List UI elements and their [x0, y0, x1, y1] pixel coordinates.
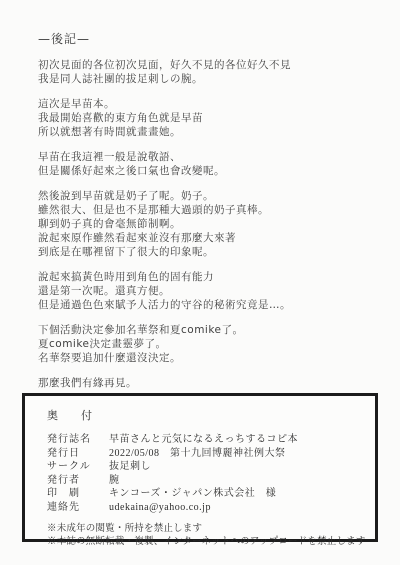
- afterword-line: 然後說到早苗就是奶子了呢。奶子。: [38, 189, 380, 203]
- colophon-label: 印 刷: [47, 487, 109, 501]
- colophon-note: ※未成年の閲覧・所持を禁止します: [47, 523, 363, 536]
- afterword-paragraph: 早苗在我這裡一般是說敬語、 但是關係好起來之後口氣也會改變呢。: [38, 150, 380, 178]
- afterword-line: 早苗在我這裡一般是說敬語、: [38, 150, 380, 164]
- afterword-line: 所以就想著有時間就畫畫她。: [38, 125, 380, 139]
- afterword-line: 但是關係好起來之後口氣也會改變呢。: [38, 164, 380, 178]
- colophon-label: 発行日: [47, 447, 109, 461]
- colophon-value: 早苗さんと元気になるえっちするコピ本: [109, 433, 298, 447]
- colophon-value: 2022/05/08 第十九回博麗神社例大祭: [109, 447, 286, 461]
- afterword-paragraph: 下個活動決定參加名華祭和夏comike了。 夏comike決定畫靈夢了。 名華祭…: [38, 323, 380, 365]
- colophon-label: 発行者: [47, 474, 109, 488]
- afterword-line: 說起來原作雖然看起來並沒有那麼大來著: [38, 231, 380, 245]
- afterword-paragraph: 初次見面的各位初次見面，好久不見的各位好久不見 我是同人誌社團的拔足刺しの腕。: [38, 58, 380, 86]
- colophon-note: ※本誌の無断転載・複製、インターネットへのアップロードを禁止します: [47, 536, 363, 549]
- afterword-paragraph: 這次是早苗本。 我最開始喜歡的東方角色就是早苗 所以就想著有時間就畫畫她。: [38, 97, 380, 139]
- afterword-line: 下個活動決定參加名華祭和夏comike了。: [38, 323, 380, 337]
- afterword-paragraph: 然後說到早苗就是奶子了呢。奶子。 雖然很大、但是也不是那種大過頭的奶子真棒。 聊…: [38, 189, 380, 259]
- colophon-label: 連絡先: [47, 501, 109, 515]
- afterword-line: 到底是在哪裡留下了很大的印象呢。: [38, 245, 380, 259]
- afterword-paragraph: 說起來搞黃色時用到角色的固有能力 還是第一次呢。還真方便。 但是通過色色來賦予人…: [38, 270, 380, 312]
- colophon-value: 腕: [109, 474, 120, 488]
- colophon-contact-email: udekaina@yahoo.co.jp: [109, 501, 211, 515]
- colophon-label: 発行誌名: [47, 433, 109, 447]
- afterword-line: 初次見面的各位初次見面，好久不見的各位好久不見: [38, 58, 380, 72]
- afterword-line: 聊到奶子真的會毫無節制啊。: [38, 217, 380, 231]
- afterword-line: 我是同人誌社團的拔足刺しの腕。: [38, 72, 380, 86]
- colophon-row-publisher: 発行者 腕: [47, 474, 363, 488]
- afterword-paragraph: 那麼我們有緣再見。: [38, 376, 380, 390]
- afterword-line: 還是第一次呢。還真方便。: [38, 284, 380, 298]
- afterword-line: 說起來搞黃色時用到角色的固有能力: [38, 270, 380, 284]
- colophon-value: キンコーズ・ジャパン株式会社 様: [109, 487, 276, 501]
- afterword-line: 那麼我們有緣再見。: [38, 376, 380, 390]
- afterword-line: 雖然很大、但是也不是那種大過頭的奶子真棒。: [38, 203, 380, 217]
- colophon-row-circle: サークル 抜足刺し: [47, 460, 363, 474]
- afterword-page: —後記— 初次見面的各位初次見面，好久不見的各位好久不見 我是同人誌社團的拔足刺…: [0, 0, 400, 565]
- colophon-row-contact: 連絡先 udekaina@yahoo.co.jp: [47, 501, 363, 515]
- colophon-row-title: 発行誌名 早苗さんと元気になるえっちするコピ本: [47, 433, 363, 447]
- afterword-heading: —後記—: [38, 30, 380, 47]
- afterword-line: 這次是早苗本。: [38, 97, 380, 111]
- colophon-value: 抜足刺し: [109, 460, 151, 474]
- colophon-box: 奥 付 発行誌名 早苗さんと元気になるえっちするコピ本 発行日 2022/05/…: [22, 393, 378, 542]
- afterword-line: 名華祭要追加什麼還沒決定。: [38, 351, 380, 365]
- colophon-row-date: 発行日 2022/05/08 第十九回博麗神社例大祭: [47, 447, 363, 461]
- afterword-line: 夏comike決定畫靈夢了。: [38, 337, 380, 351]
- afterword-line: 但是通過色色來賦予人活力的守谷的秘術究竟是…。: [38, 298, 380, 312]
- colophon-heading: 奥 付: [47, 407, 363, 423]
- colophon-row-printer: 印 刷 キンコーズ・ジャパン株式会社 様: [47, 487, 363, 501]
- colophon-notes: ※未成年の閲覧・所持を禁止します ※本誌の無断転載・複製、インターネットへのアッ…: [47, 523, 363, 549]
- colophon-label: サークル: [47, 460, 109, 474]
- afterword-line: 我最開始喜歡的東方角色就是早苗: [38, 111, 380, 125]
